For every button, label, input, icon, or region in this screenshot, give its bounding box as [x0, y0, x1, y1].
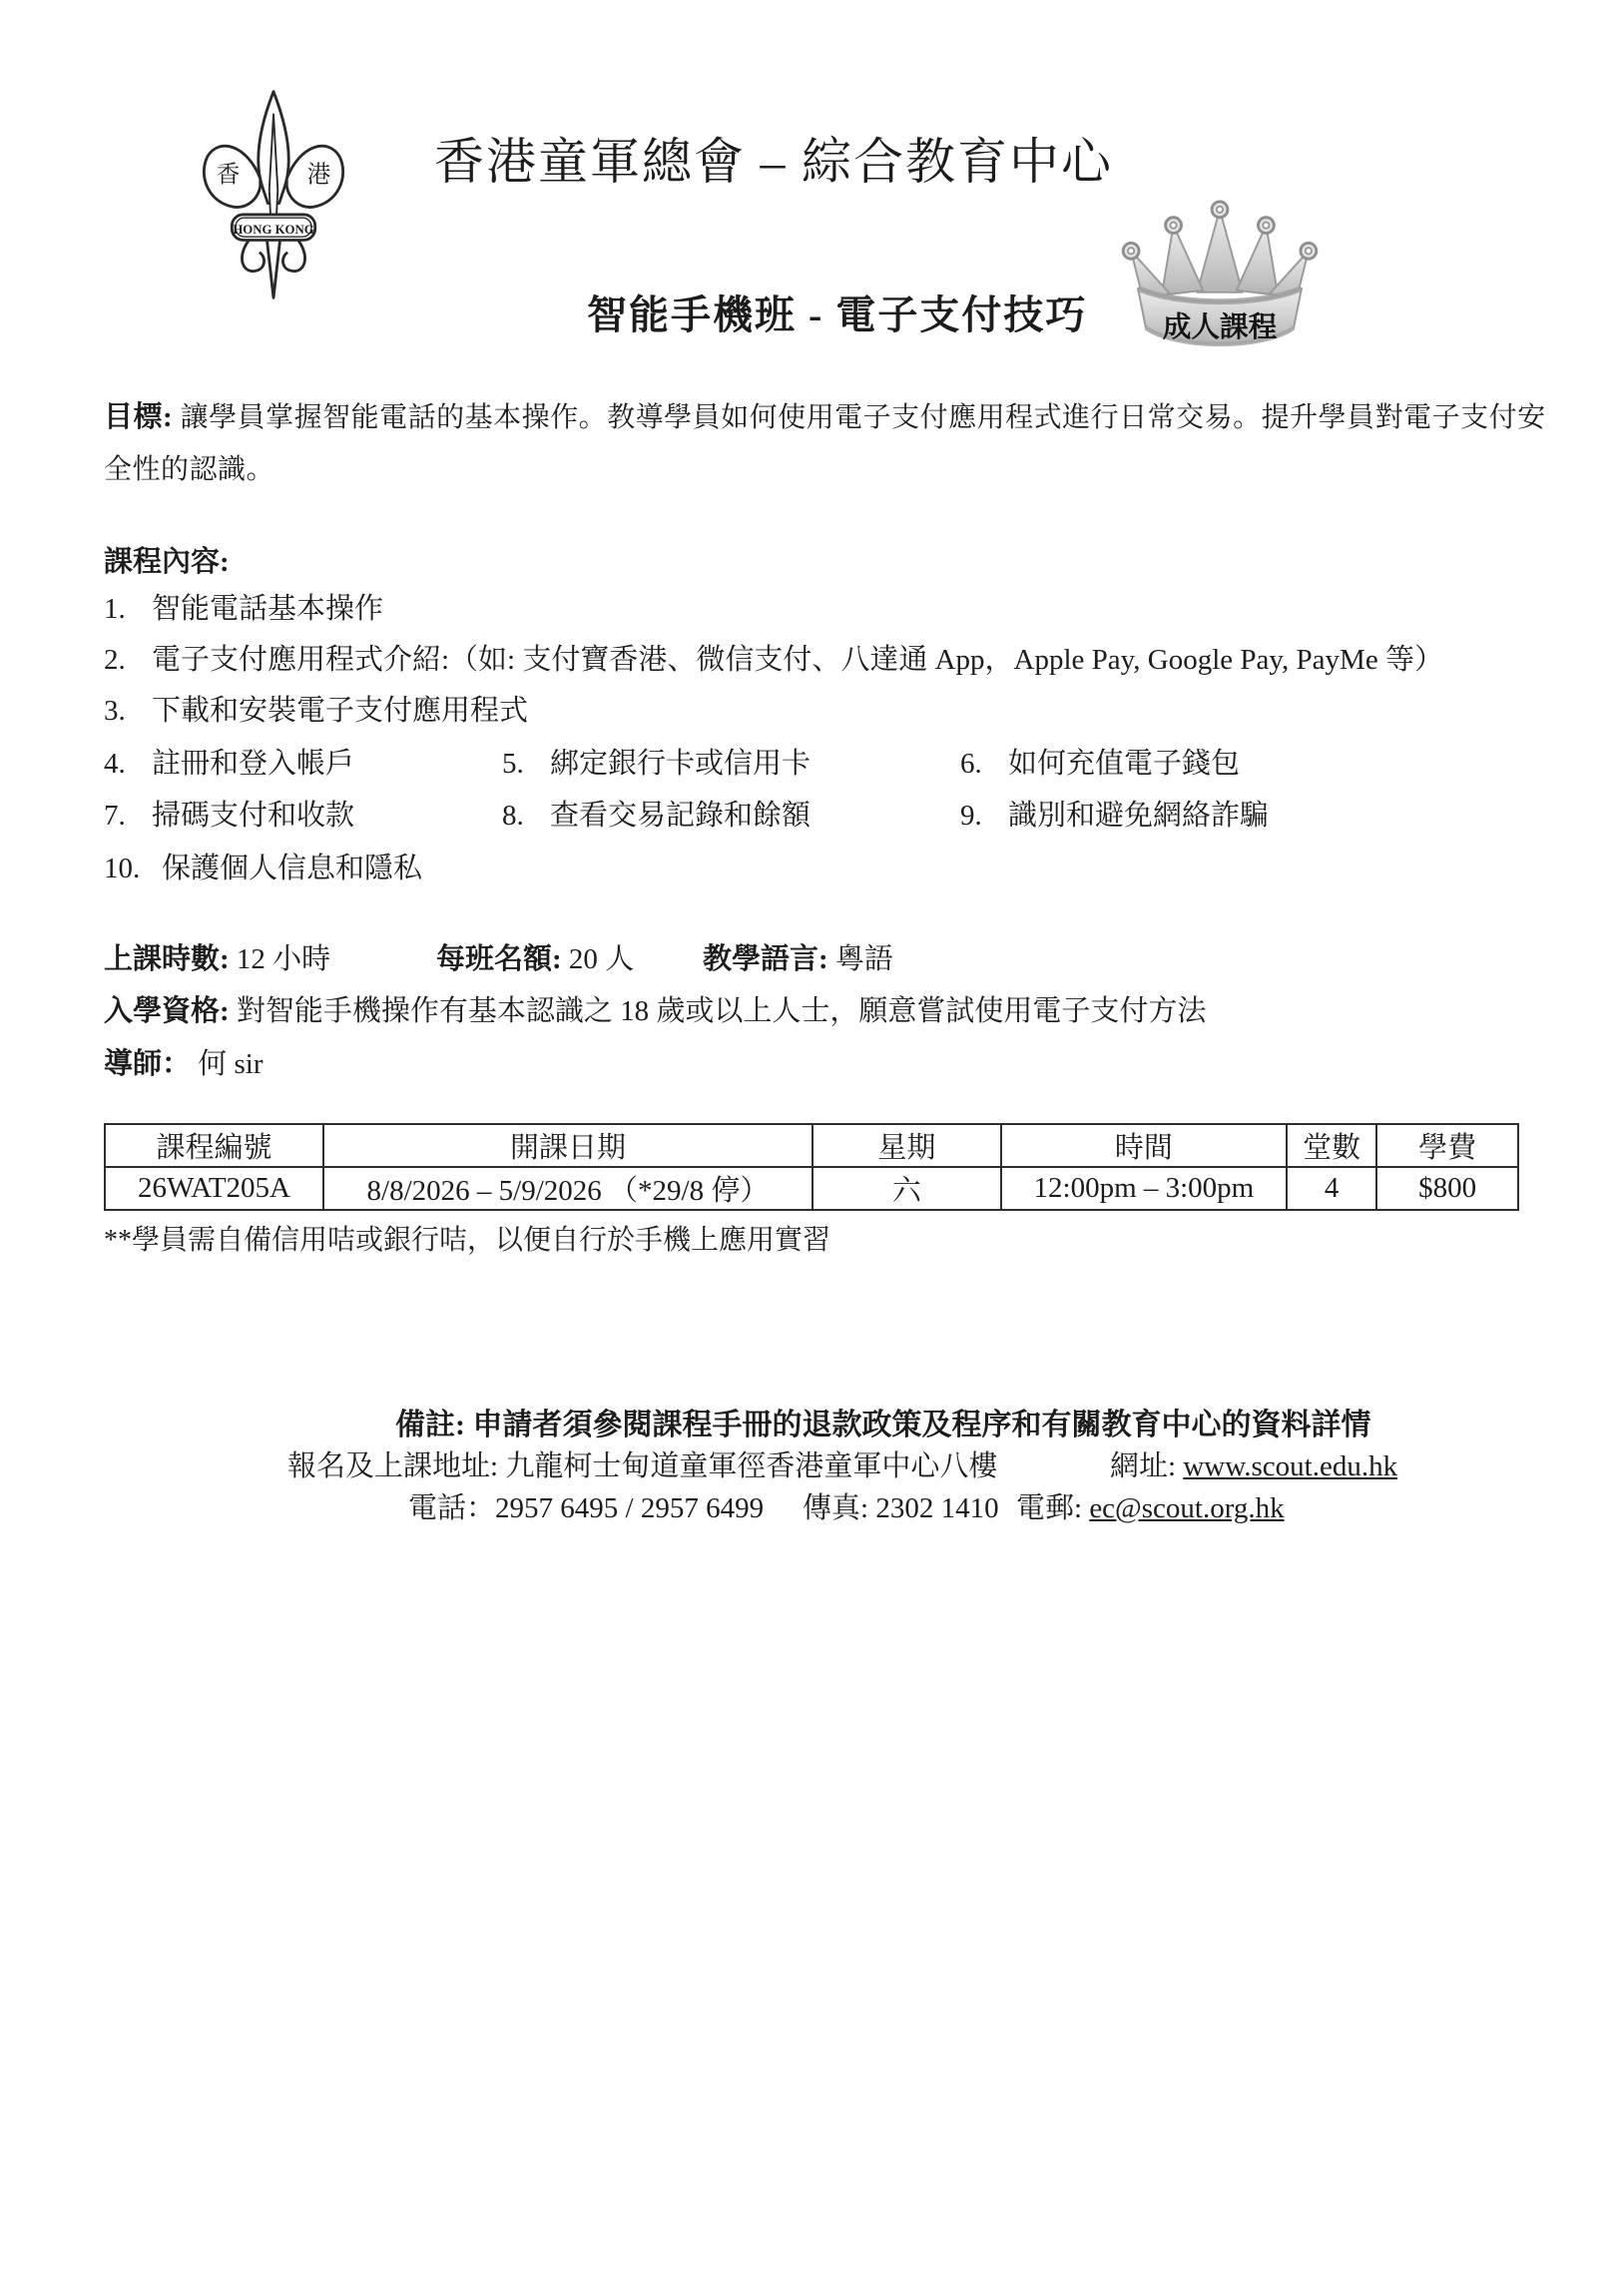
item-number: 9.: [960, 800, 1008, 833]
contact-line: 電話：2957 6495 / 2957 6499 傳真: 2302 1410 電…: [104, 1485, 1519, 1525]
item-number: 2.: [104, 644, 152, 677]
item-text: 查看交易記錄和餘額: [550, 800, 811, 832]
item-text: 識別和避免網絡詐騙: [1008, 800, 1269, 832]
cell-course-code: 26WAT205A: [105, 1167, 323, 1210]
crown-icon: 成人課程: [1116, 198, 1324, 355]
item-text: 註冊和登入帳戶: [152, 748, 354, 780]
fleur-de-lis-icon: 香 港 HONG KONG: [183, 86, 364, 303]
hours-value: 12 小時: [237, 943, 330, 975]
content-row-456: 4.註冊和登入帳戶 5.綁定銀行卡或信用卡 6.如何充值電子錢包: [104, 741, 1571, 781]
content-item-2: 2.電子支付應用程式介紹:（如: 支付寶香港、微信支付、八達通 App，Appl…: [104, 637, 1571, 678]
item-number: 6.: [960, 748, 1008, 781]
cell-time: 12:00pm – 3:00pm: [1001, 1167, 1287, 1210]
item-number: 7.: [104, 800, 152, 833]
content-heading: 課程內容:: [104, 539, 230, 580]
content-item-8: 8.查看交易記錄和餘額: [502, 793, 811, 834]
fax-value: 2302 1410: [875, 1492, 998, 1524]
schedule-table: 課程編號 開課日期 星期 時間 堂數 學費 26WAT205A 8/8/2026…: [104, 1123, 1519, 1211]
eligibility-field: 入學資格: 對智能手機操作有基本認識之 18 歲或以上人士，願意嘗試使用電子支付…: [104, 988, 1571, 1029]
item-number: 5.: [502, 748, 550, 781]
fax-label: 傳真:: [803, 1492, 868, 1524]
hours-field: 上課時數: 12 小時: [104, 936, 330, 977]
item-text: 電子支付應用程式介紹:（如: 支付寶香港、微信支付、八達通 App，Apple …: [152, 644, 1443, 676]
address-value: 九龍柯士甸道童軍徑香港童軍中心八樓: [505, 1450, 997, 1482]
document-page: 香 港 HONG KONG 香港童軍總會 – 綜合教育中心 智能手機班 - 電子…: [0, 0, 1623, 2296]
content-item-3: 3.下載和安裝電子支付應用程式: [104, 688, 1571, 729]
item-number: 10.: [104, 853, 162, 885]
header-course-code: 課程編號: [105, 1124, 323, 1167]
item-text: 智能電話基本操作: [152, 593, 383, 625]
table-footnote: **學員需自備信用咭或銀行咭，以便自行於手機上應用實習: [104, 1218, 830, 1258]
language-label: 教學語言:: [703, 943, 828, 975]
eligibility-label: 入學資格:: [104, 995, 230, 1027]
fax-field: 傳真: 2302 1410: [803, 1485, 999, 1526]
item-text: 掃碼支付和收款: [152, 800, 354, 832]
content-item-1: 1.智能電話基本操作: [104, 586, 1571, 627]
remarks-text: 申請者須參閱課程手冊的退款政策及程序和有關教育中心的資料詳情: [473, 1409, 1371, 1441]
badge-label: 成人課程: [1163, 311, 1278, 343]
header-start-date: 開課日期: [323, 1124, 812, 1167]
email-label: 電郵:: [1016, 1492, 1082, 1524]
header-time: 時間: [1001, 1124, 1287, 1167]
content-item-7: 7.掃碼支付和收款: [104, 793, 354, 834]
item-text: 下載和安裝電子支付應用程式: [152, 695, 528, 727]
email-field: 電郵: ec@scout.org.hk: [1016, 1485, 1285, 1526]
info-line-1: 上課時數: 12 小時 每班名額: 20 人 教學語言: 粵語: [104, 936, 1571, 976]
logo-right-char: 港: [307, 162, 331, 189]
item-text: 保護個人信息和隱私: [162, 853, 422, 884]
cell-start-date: 8/8/2026 – 5/9/2026 （*29/8 停）: [323, 1167, 812, 1210]
logo-banner-text: HONG KONG: [233, 223, 313, 237]
item-text: 如何充值電子錢包: [1008, 748, 1240, 780]
address-line: 報名及上課地址: 九龍柯士甸道童軍徑香港童軍中心八樓 網址: www.scout…: [104, 1443, 1519, 1483]
website-label: 網址:: [1110, 1450, 1176, 1482]
tutor-field: 導師： 何 sir: [104, 1041, 1571, 1082]
website-link[interactable]: www.scout.edu.hk: [1183, 1450, 1397, 1482]
org-title: 香港童軍總會 – 綜合教育中心: [434, 122, 1113, 194]
item-number: 8.: [502, 800, 550, 833]
goal-text: 讓學員掌握智能電話的基本操作。教導學員如何使用電子支付應用程式進行日常交易。提升…: [104, 402, 1546, 485]
adult-course-badge: 成人課程: [1116, 198, 1324, 355]
goal-label: 目標:: [104, 401, 173, 433]
table-header-row: 課程編號 開課日期 星期 時間 堂數 學費: [105, 1124, 1518, 1167]
goal-paragraph: 目標: 讓學員掌握智能電話的基本操作。教導學員如何使用電子支付應用程式進行日常交…: [104, 391, 1571, 496]
header-fee: 學費: [1376, 1124, 1518, 1167]
content-item-4: 4.註冊和登入帳戶: [104, 741, 354, 782]
remarks-line: 備註: 申請者須參閱課程手冊的退款政策及程序和有關教育中心的資料詳情: [395, 1400, 1371, 1443]
item-text: 綁定銀行卡或信用卡: [550, 748, 811, 780]
phone-label: 電話：: [408, 1492, 495, 1524]
phone-value: 2957 6495 / 2957 6499: [495, 1492, 764, 1524]
cell-sessions: 4: [1287, 1167, 1376, 1210]
scout-logo: 香 港 HONG KONG: [183, 86, 364, 303]
cell-fee: $800: [1376, 1167, 1518, 1210]
remarks-label: 備註:: [395, 1409, 465, 1441]
header-sessions: 堂數: [1287, 1124, 1376, 1167]
item-number: 3.: [104, 695, 152, 728]
header-weekday: 星期: [812, 1124, 1001, 1167]
content-row-789: 7.掃碼支付和收款 8.查看交易記錄和餘額 9.識別和避免網絡詐騙: [104, 793, 1571, 833]
item-number: 4.: [104, 748, 152, 781]
cell-weekday: 六: [812, 1167, 1001, 1210]
hours-label: 上課時數:: [104, 943, 230, 975]
content-item-6: 6.如何充值電子錢包: [960, 741, 1240, 782]
content-item-5: 5.綁定銀行卡或信用卡: [502, 741, 811, 782]
email-link[interactable]: ec@scout.org.hk: [1089, 1492, 1284, 1524]
address-field: 報名及上課地址: 九龍柯士甸道童軍徑香港童軍中心八樓: [287, 1443, 997, 1484]
tutor-label: 導師：: [104, 1048, 191, 1080]
content-item-9: 9.識別和避免網絡詐騙: [960, 793, 1269, 834]
eligibility-value: 對智能手機操作有基本認識之 18 歲或以上人士，願意嘗試使用電子支付方法: [237, 995, 1207, 1027]
tutor-value: 何 sir: [198, 1048, 263, 1080]
quota-label: 每班名額:: [436, 943, 562, 975]
logo-left-char: 香: [217, 162, 241, 189]
website-field: 網址: www.scout.edu.hk: [1110, 1443, 1397, 1484]
language-field: 教學語言: 粵語: [703, 936, 893, 977]
quota-value: 20 人: [569, 943, 634, 975]
quota-field: 每班名額: 20 人: [436, 936, 634, 977]
course-title: 智能手機班 - 電子支付技巧: [587, 284, 1087, 340]
phone-field: 電話：2957 6495 / 2957 6499: [408, 1485, 764, 1526]
language-value: 粵語: [835, 943, 893, 975]
content-item-10: 10.保護個人信息和隱私: [104, 846, 1571, 886]
address-label: 報名及上課地址:: [287, 1450, 498, 1482]
table-row: 26WAT205A 8/8/2026 – 5/9/2026 （*29/8 停） …: [105, 1167, 1518, 1210]
item-number: 1.: [104, 593, 152, 626]
